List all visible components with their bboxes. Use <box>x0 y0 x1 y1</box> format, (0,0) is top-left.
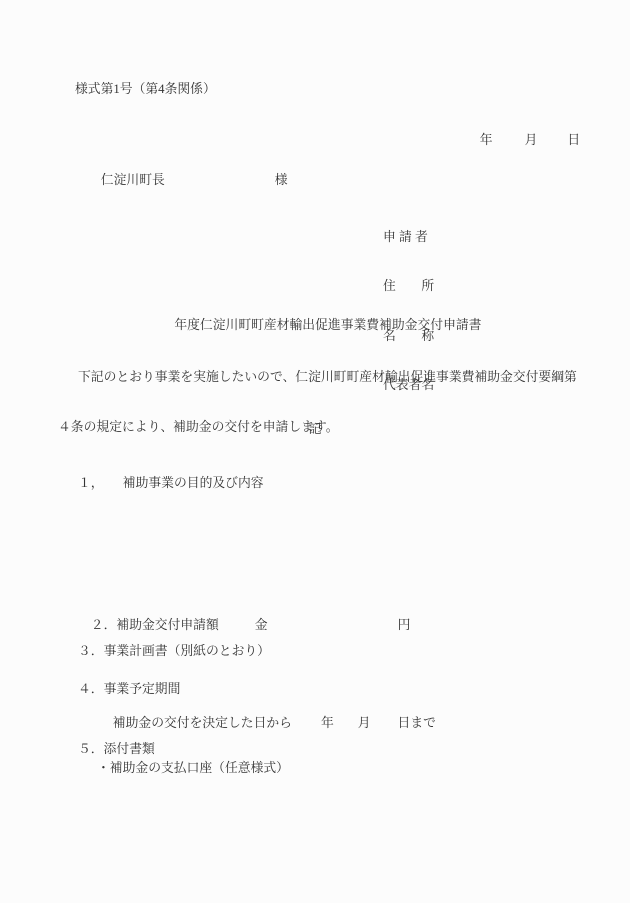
applicant-heading: 申 請 者 <box>383 230 434 251</box>
item-4-period-label: ４．事業予定期間 <box>78 682 180 696</box>
period-prefix: 補助金の交付を決定した日から <box>113 716 292 730</box>
item-5-attachments-label: ５．添付書類 <box>78 742 155 756</box>
document-title-row: 年度仁淀川町町産材輸出促進事業費補助金交付申請書 <box>0 304 630 346</box>
amount-blank <box>268 628 398 629</box>
heading-ki: 記 <box>0 422 630 436</box>
date-year-label: 年 <box>480 133 493 147</box>
item-1-purpose: １， 補助事業の目的及び内容 <box>78 476 264 490</box>
period-day-blank <box>371 726 398 727</box>
period-year-blank <box>292 726 321 727</box>
title-year-blank <box>161 328 174 329</box>
date-line: 年月日 <box>467 119 580 161</box>
date-month-blank <box>493 143 525 144</box>
kin-label: 金 <box>255 618 268 632</box>
date-month-label: 月 <box>525 133 538 147</box>
amount-gap <box>219 628 255 629</box>
addressee-blank <box>165 183 275 184</box>
period-month-label: 月 <box>358 716 371 730</box>
document-title: 年度仁淀川町町産材輸出促進事業費補助金交付申請書 <box>174 318 481 332</box>
period-day-suffix: 日まで <box>398 716 436 730</box>
yen-label: 円 <box>398 618 411 632</box>
addressee-name: 仁淀川町長 <box>101 173 165 187</box>
item-2-amount: ２．補助金交付申請額金円 <box>78 604 410 646</box>
form-number: 様式第1号（第4条関係） <box>75 82 216 96</box>
application-form-page: 様式第1号（第4条関係） 年月日 仁淀川町長様 申 請 者 住 所 名 称 代表… <box>0 0 630 903</box>
date-day-label: 日 <box>567 133 580 147</box>
item-4-period-detail: 補助金の交付を決定した日から年月日まで <box>100 702 436 744</box>
item-3-business-plan: ３．事業計画書（別紙のとおり） <box>78 644 270 658</box>
item-5-attachment-detail: ・補助金の支払口座（任意様式） <box>97 761 289 775</box>
addressee-line: 仁淀川町長様 <box>88 159 288 201</box>
period-year-label: 年 <box>321 716 334 730</box>
period-month-blank <box>334 726 358 727</box>
body-paragraph: 下記のとおり事業を実施したいので、仁淀川町町産材輸出促進事業費補助金交付要綱第 … <box>58 342 588 470</box>
addressee-honorific: 様 <box>275 173 288 187</box>
body-line: 下記のとおり事業を実施したいので、仁淀川町町産材輸出促進事業費補助金交付要綱第 <box>58 370 588 392</box>
item-2-label: ２．補助金交付申請額 <box>91 618 219 632</box>
date-day-blank <box>537 143 567 144</box>
applicant-address-label: 住 所 <box>383 279 434 300</box>
